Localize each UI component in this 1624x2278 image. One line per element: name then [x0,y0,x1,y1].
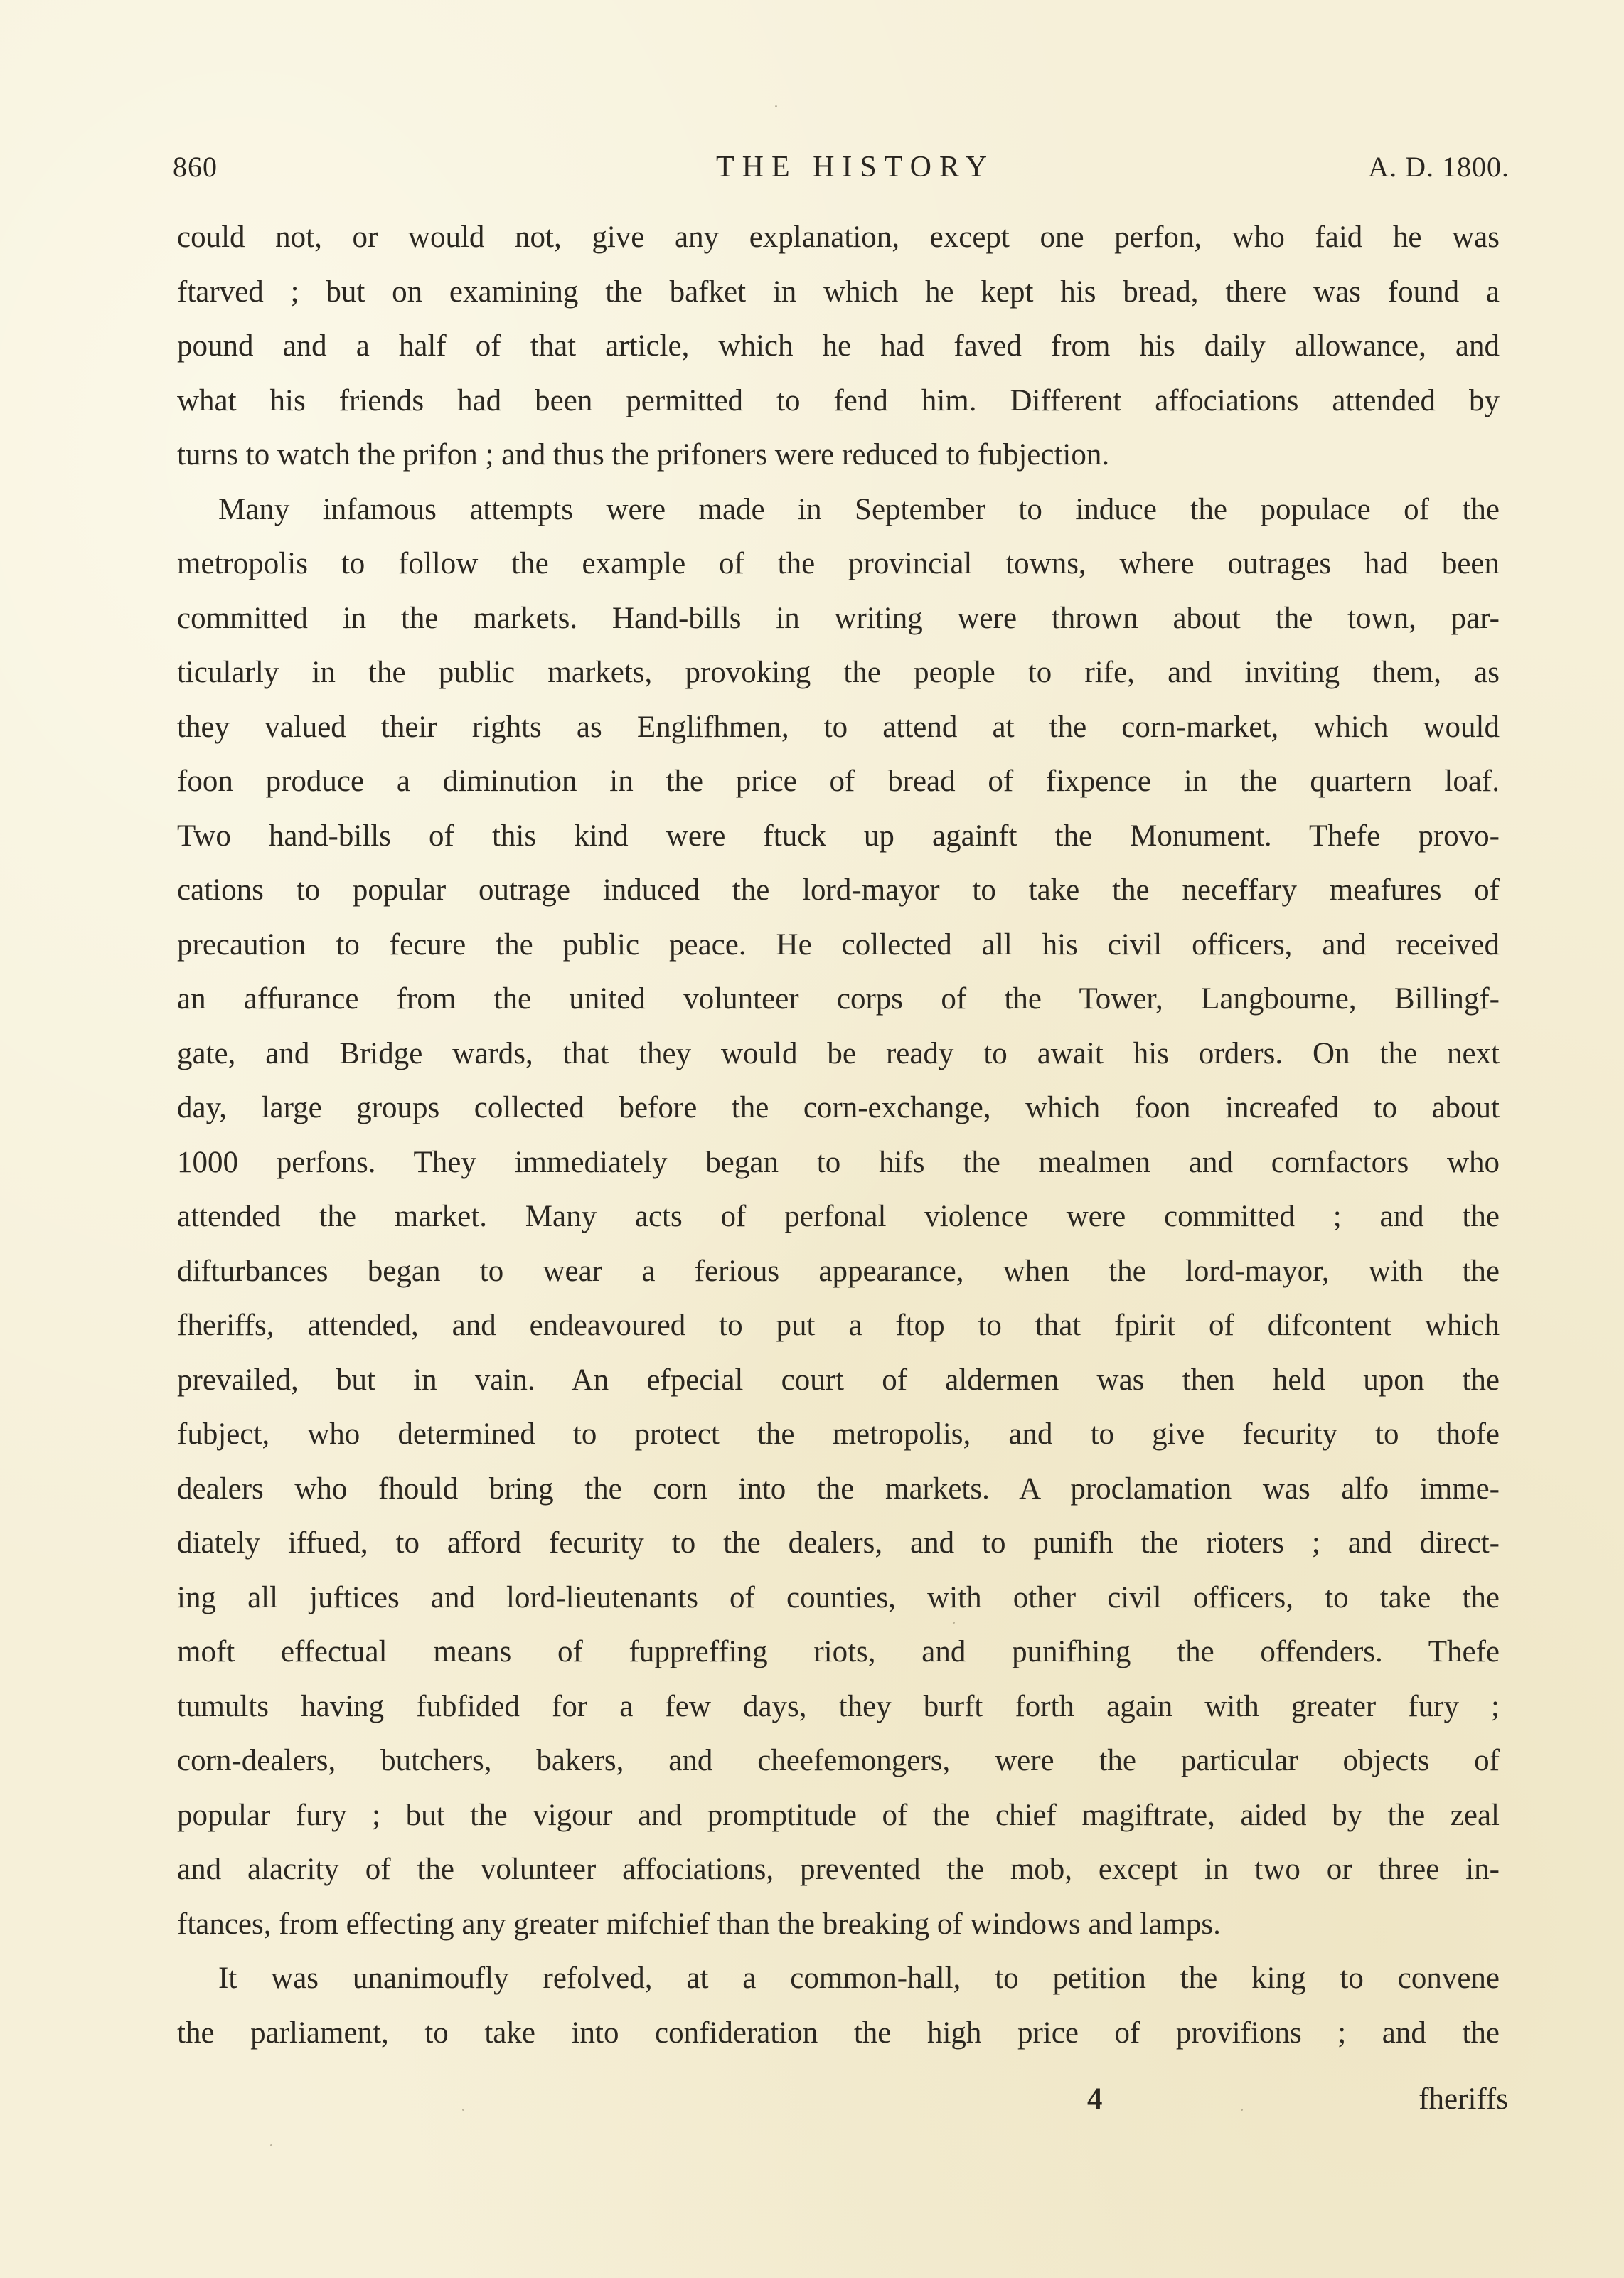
text-line: dealers who fhould bring the corn into t… [177,1462,1500,1517]
text-line: It was unanimoufly refolved, at a common… [177,1952,1500,2006]
text-line: and alacrity of the volunteer affociatio… [177,1843,1500,1898]
text-line: what his friends had been permitted to f… [177,374,1500,429]
signature-mark: 4 [1087,2075,1103,2124]
paper-speck [775,105,777,107]
body-text: could not, or would not, give any explan… [177,211,1500,2060]
text-line: could not, or would not, give any explan… [177,211,1500,265]
text-line: cations to popular outrage induced the l… [177,863,1500,918]
text-line: difturbances began to wear a ferious app… [177,1245,1500,1299]
text-line: fheriffs, attended, and endeavoured to p… [177,1299,1500,1353]
text-line: prevailed, but in vain. An efpecial cour… [177,1353,1500,1408]
text-line: an affurance from the united volunteer c… [177,972,1500,1027]
text-line: committed in the markets. Hand-bills in … [177,592,1500,646]
running-title: THE HISTORY [173,146,1510,188]
text-line: foon produce a diminution in the price o… [177,755,1500,809]
paper-speck [953,1622,955,1624]
paper-speck [1241,2109,1243,2111]
text-line: popular fury ; but the vigour and prompt… [177,1789,1500,1843]
text-line: day, large groups collected before the c… [177,1081,1500,1136]
text-line: attended the market. Many acts of perfon… [177,1190,1500,1245]
text-line: ing all juftices and lord-lieutenants of… [177,1571,1500,1626]
text-line: diately iffued, to afford fecurity to th… [177,1516,1500,1571]
text-line: fubject, who determined to protect the m… [177,1407,1500,1462]
text-line: Two hand-bills of this kind were ftuck u… [177,809,1500,864]
text-line: the parliament, to take into confiderati… [177,2006,1500,2061]
text-line: ftances, from effecting any greater mifc… [177,1898,1500,1952]
catchword: fheriffs [1419,2075,1508,2124]
text-line: corn-dealers, butchers, bakers, and chee… [177,1734,1500,1789]
text-line: metropolis to follow the example of the … [177,537,1500,592]
text-line: 1000 perfons. They immediately began to … [177,1136,1500,1191]
text-line: Many infamous attempts were made in Sept… [177,483,1500,538]
page-footer: 4 fheriffs [177,2075,1500,2124]
paper-speck [462,2109,464,2111]
text-line: turns to watch the prifon ; and thus the… [177,428,1500,483]
text-line: ftarved ; but on examining the bafket in… [177,265,1500,320]
text-line: pound and a half of that article, which … [177,319,1500,374]
text-line: moft effectual means of fuppreffing riot… [177,1625,1500,1680]
running-date: A. D. 1800. [1368,146,1510,188]
text-line: they valued their rights as Englifhmen, … [177,701,1500,755]
book-page: 860 THE HISTORY A. D. 1800. could not, o… [0,0,1624,2278]
text-line: ticularly in the public markets, provoki… [177,646,1500,701]
text-line: precaution to fecure the public peace. H… [177,918,1500,973]
text-line: tumults having fubfided for a few days, … [177,1680,1500,1735]
paper-speck [270,2144,272,2146]
text-line: gate, and Bridge wards, that they would … [177,1027,1500,1082]
running-head: 860 THE HISTORY A. D. 1800. [173,146,1510,188]
